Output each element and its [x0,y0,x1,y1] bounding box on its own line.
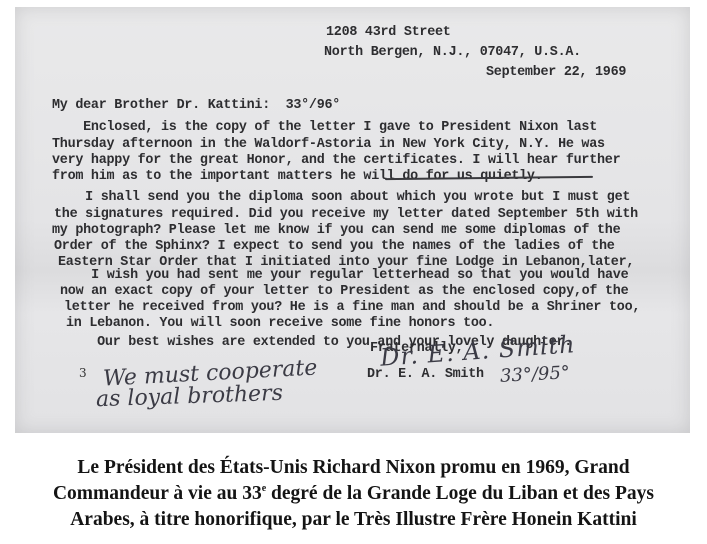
typed-signature: Dr. E. A. Smith [367,367,484,382]
letter-line: Enclosed, is the copy of the letter I ga… [52,120,597,135]
letter-line: Thursday afternoon in the Waldorf-Astori… [52,137,605,152]
letter-line: Order of the Sphinx? I expect to send yo… [54,239,615,254]
letter-line: my photograph? Please let me know if you… [52,223,620,238]
letter-line: very happy for the great Honor, and the … [52,153,620,168]
handwritten-degree: 33°/95° [499,362,570,387]
letter-date: September 22, 1969 [486,65,626,80]
margin-mark: 3 [79,366,87,380]
letter-line: the signatures required. Did you receive… [54,207,638,222]
letter-line: now an exact copy of your letter to Pres… [60,284,628,299]
salutation: My dear Brother Dr. Kattini: 33°/96° [52,98,340,113]
image-caption: Le Président des États-Unis Richard Nixo… [0,455,707,533]
caption-line-3: Arabes, à titre honorifique, par le Très… [0,507,707,533]
letter-line: letter he received from you? He is a fin… [64,300,640,315]
address-line-2: North Bergen, N.J., 07047, U.S.A. [324,45,581,60]
caption-line-2-start: Commandeur à vie au 33 [53,483,262,504]
caption-line-1: Le Président des États-Unis Richard Nixo… [0,455,707,481]
address-line-1: 1208 43rd Street [326,25,451,40]
letter-line: in Lebanon. You will soon receive some f… [66,316,494,331]
letter-line: I shall send you the diploma soon about … [54,190,630,205]
caption-line-2: Commandeur à vie au 33e degré de la Gran… [0,481,707,507]
letter-line: I wish you had sent me your regular lett… [60,268,628,283]
caption-line-2-end: degré de la Grande Loge du Liban et des … [266,483,654,504]
